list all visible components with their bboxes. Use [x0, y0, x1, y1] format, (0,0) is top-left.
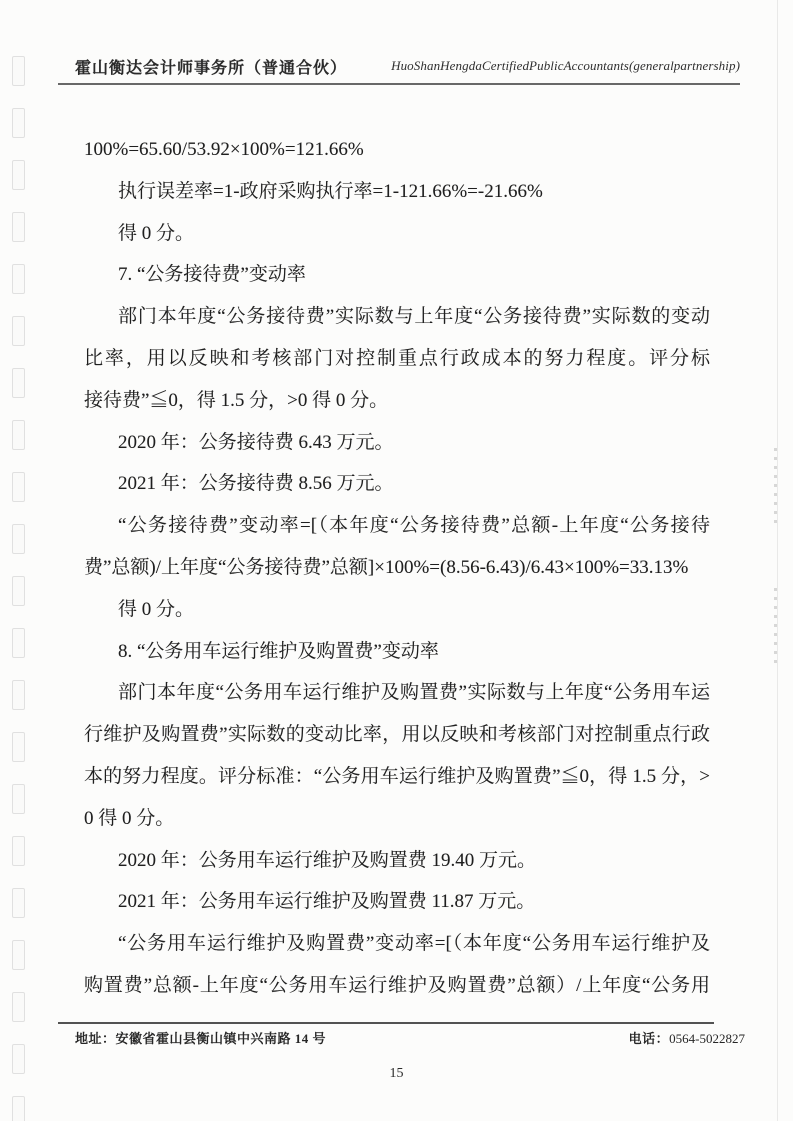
punch-hole-mark — [12, 264, 25, 294]
body-line: 接待费”≦0，得 1.5 分，>0 得 0 分。 — [84, 380, 710, 422]
firm-name-english: HuoShanHengdaCertifiedPublicAccountants(… — [391, 58, 740, 74]
punch-hole-mark — [12, 576, 25, 606]
body-line: 得 0 分。 — [84, 589, 710, 631]
punch-hole-mark — [12, 212, 25, 242]
punch-hole-mark — [12, 992, 25, 1022]
body-line: 0 得 0 分。 — [84, 798, 710, 840]
punch-hole-mark — [12, 732, 25, 762]
body-text: 100%=65.60/53.92×100%=121.66%执行误差率=1-政府采… — [84, 129, 710, 1007]
body-line: 执行误差率=1-政府采购执行率=1-121.66%=-21.66% — [84, 171, 710, 213]
ink-bleed-marks — [774, 448, 777, 523]
body-line: 得 0 分。 — [84, 213, 710, 255]
body-line: 2020 年：公务用车运行维护及购置费 19.40 万元。 — [84, 840, 710, 882]
body-line: 2020 年：公务接待费 6.43 万元。 — [84, 422, 710, 464]
punch-hole-mark — [12, 160, 25, 190]
punch-hole-mark — [12, 420, 25, 450]
punch-hole-mark — [12, 108, 25, 138]
body-line: 8. “公务用车运行维护及购置费”变动率 — [84, 631, 710, 673]
body-line: 7. “公务接待费”变动率 — [84, 254, 710, 296]
punch-hole-mark — [12, 888, 25, 918]
punch-hole-mark — [12, 368, 25, 398]
body-line: 部门本年度“公务用车运行维护及购置费”实际数与上年度“公务用车运 — [84, 672, 710, 714]
body-line: 购置费”总额-上年度“公务用车运行维护及购置费”总额）/上年度“公务用 — [84, 965, 710, 1007]
address-label: 地址： — [75, 1031, 116, 1046]
scanned-document-page: 霍山衡达会计师事务所（普通合伙） HuoShanHengdaCertifiedP… — [0, 0, 793, 1121]
body-line: 100%=65.60/53.92×100%=121.66% — [84, 129, 710, 171]
phone-label: 电话： — [629, 1031, 670, 1046]
punch-hole-mark — [12, 56, 25, 86]
body-line: 行维护及购置费”实际数的变动比率，用以反映和考核部门对控制重点行政成 — [84, 714, 710, 756]
body-line: 2021 年：公务用车运行维护及购置费 11.87 万元。 — [84, 881, 710, 923]
firm-name-chinese: 霍山衡达会计师事务所（普通合伙） — [75, 55, 347, 78]
body-line: “公务用车运行维护及购置费”变动率=[（本年度“公务用车运行维护及 — [84, 923, 710, 965]
punch-hole-mark — [12, 1096, 25, 1121]
punch-hole-mark — [12, 316, 25, 346]
punch-hole-mark — [12, 836, 25, 866]
punch-hole-mark — [12, 628, 25, 658]
address-value: 安徽省霍山县衡山镇中兴南路 14 号 — [116, 1031, 327, 1046]
ink-bleed-marks — [774, 588, 777, 668]
page-number: 15 — [0, 1066, 793, 1082]
body-line: “公务接待费”变动率=[（本年度“公务接待费”总额-上年度“公务接待 — [84, 505, 710, 547]
punch-hole-mark — [12, 784, 25, 814]
body-line: 费”总额)/上年度“公务接待费”总额]×100%=(8.56-6.43)/6.4… — [84, 547, 710, 589]
punch-hole-mark — [12, 524, 25, 554]
footer-address: 地址：安徽省霍山县衡山镇中兴南路 14 号 — [75, 1028, 326, 1047]
binding-marks — [0, 0, 40, 1121]
body-line: 比率，用以反映和考核部门对控制重点行政成本的努力程度。评分标准：“公务 — [84, 338, 710, 380]
punch-hole-mark — [12, 472, 25, 502]
body-line: 本的努力程度。评分标准：“公务用车运行维护及购置费”≦0，得 1.5 分，> — [84, 756, 710, 798]
header-rule — [58, 83, 740, 85]
footer-phone: 电话：0564-5022827 — [629, 1028, 745, 1047]
punch-hole-mark — [12, 680, 25, 710]
page-fold-line — [777, 0, 778, 1121]
body-line: 部门本年度“公务接待费”实际数与上年度“公务接待费”实际数的变动 — [84, 296, 710, 338]
phone-value: 0564-5022827 — [669, 1031, 745, 1046]
body-line: 2021 年：公务接待费 8.56 万元。 — [84, 463, 710, 505]
footer-rule — [58, 1022, 714, 1024]
punch-hole-mark — [12, 940, 25, 970]
